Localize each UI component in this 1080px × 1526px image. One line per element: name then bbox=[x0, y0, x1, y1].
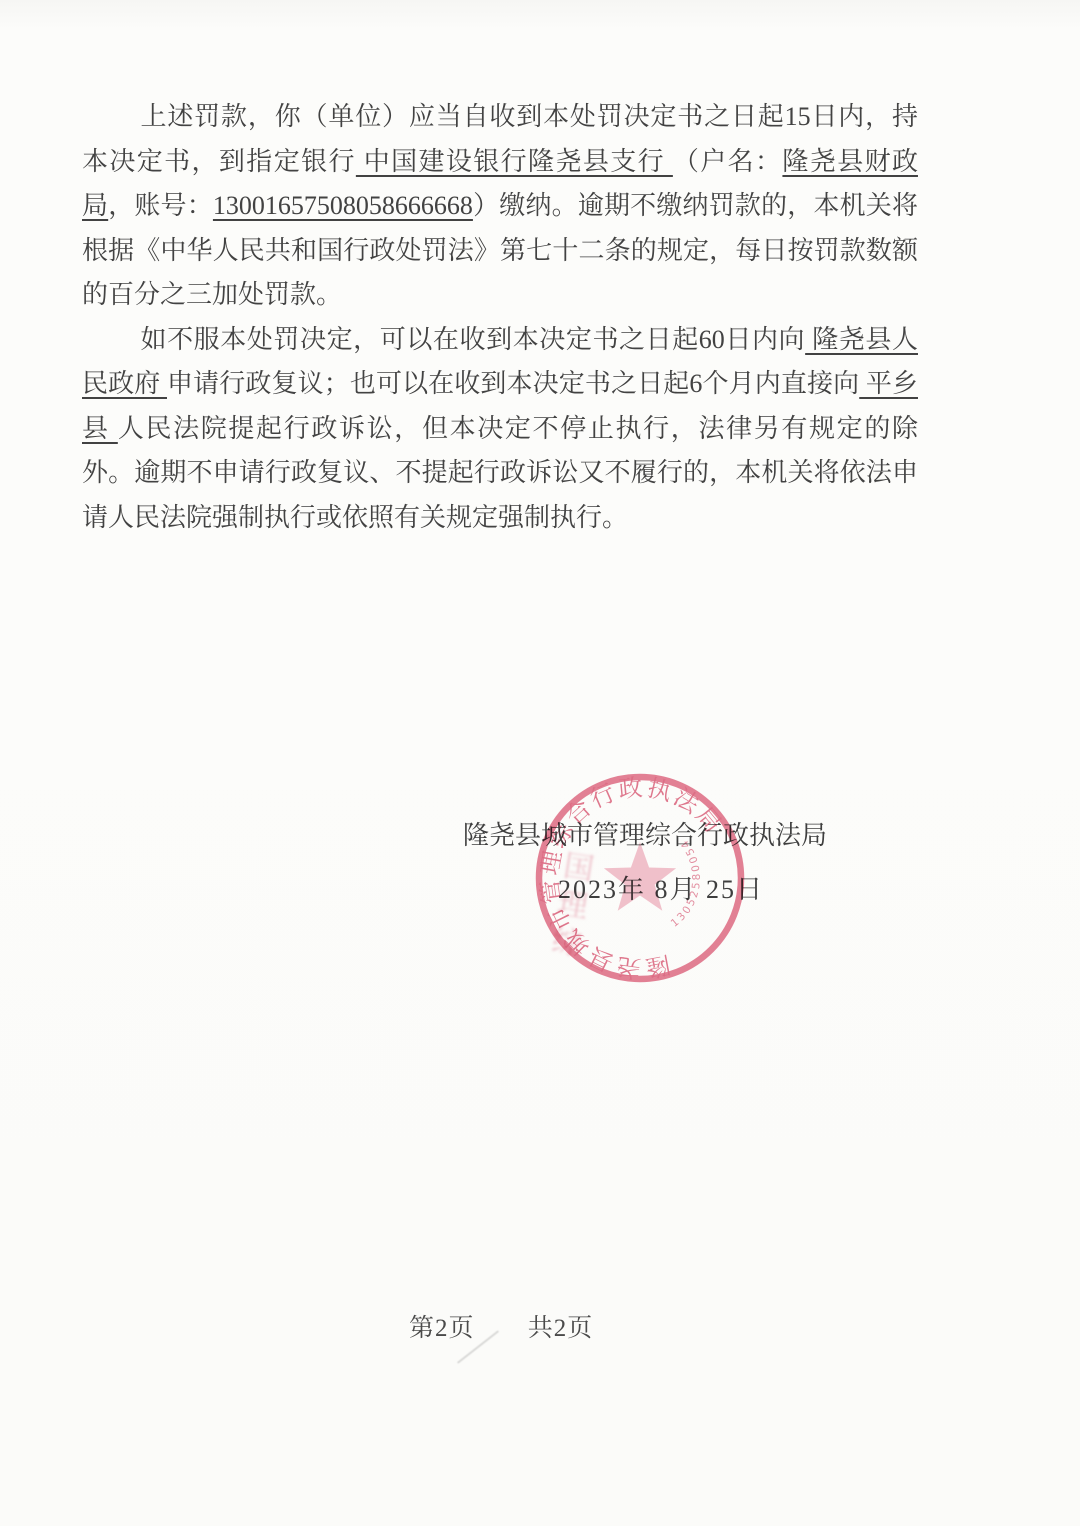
text-run: 人民法院提起行政诉讼，但本决定不停止执行，法律另有规定的除外。逾期不申请行政复议… bbox=[82, 414, 918, 532]
page-total: 共2页 bbox=[528, 1315, 594, 1342]
filled-blank: 中国建设银行隆尧县支行 bbox=[356, 147, 673, 176]
official-seal-graphic: 隆尧县城市管理综合行政执法局 13052580054 bbox=[530, 768, 750, 988]
text-run: ，账号： bbox=[108, 191, 213, 220]
body-text: 上述罚款，你（单位）应当自收到本处罚决定书之日起15日内，持本决定书，到指定银行… bbox=[82, 95, 918, 540]
paragraph: 上述罚款，你（单位）应当自收到本处罚决定书之日起15日内，持本决定书，到指定银行… bbox=[82, 95, 918, 318]
text-run: 如不服本处罚决定，可以在收到本决定书之日起60日内向 bbox=[141, 325, 806, 354]
seal-star-icon bbox=[604, 842, 676, 911]
scanned-document-page: 上述罚款，你（单位）应当自收到本处罚决定书之日起15日内，持本决定书，到指定银行… bbox=[0, 0, 1080, 1526]
text-run: 申请行政复议；也可以在收到本决定书之日起6个月内直接向 bbox=[167, 369, 859, 398]
filled-blank: 13001657508058666668 bbox=[213, 191, 473, 220]
paragraph: 如不服本处罚决定，可以在收到本决定书之日起60日内向 隆尧县人民政府 申请行政复… bbox=[82, 318, 918, 541]
page-footer: 第2页 共2页 bbox=[409, 1308, 593, 1344]
official-seal: 隆尧县城市管理综合行政执法局 13052580054 bbox=[530, 768, 750, 988]
page-number: 第2页 bbox=[409, 1315, 475, 1342]
seal-code-text: 13052580054 bbox=[669, 836, 703, 930]
text-run: （户名： bbox=[673, 147, 783, 176]
